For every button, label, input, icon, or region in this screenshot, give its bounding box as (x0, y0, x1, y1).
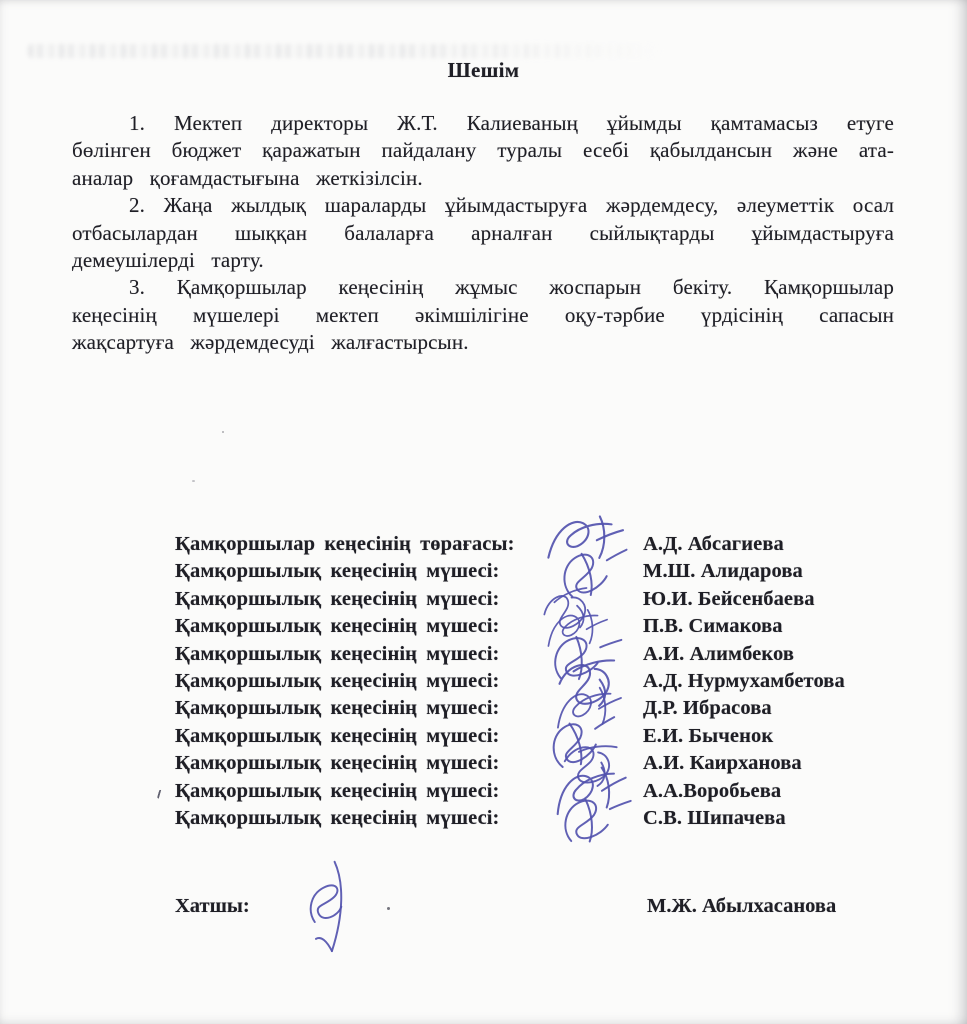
signatory-list: Қамқоршылар кеңесінің төрағасы: (175, 533, 915, 834)
signatory-name: С.В. Шипачева (643, 807, 786, 830)
signatory-row: Қамқоршылық кеңесінің мүшесі: (175, 670, 915, 697)
secretary-label: Хатшы: (175, 895, 250, 918)
signatory-name: Ю.И. Бейсенбаева (643, 588, 815, 611)
signatory-role-label: Қамқоршылық кеңесінің мүшесі: (175, 807, 500, 830)
signatory-name: П.В. Симакова (643, 615, 783, 638)
signatory-role-label: Қамқоршылық кеңесінің мүшесі: (175, 588, 500, 611)
signatory-row: Қамқоршылар кеңесінің төрағасы: (175, 533, 915, 560)
signatory-name: А.Д. Абсагиева (643, 533, 784, 556)
decision-paragraphs: 1. Мектеп директоры Ж.Т. Калиеваның ұйым… (72, 110, 894, 357)
signatory-name: М.Ш. Алидарова (643, 560, 803, 583)
page-title: Шешім (0, 58, 967, 83)
signatory-name: Д.Р. Ибрасова (643, 697, 772, 720)
signatory-role-label: Қамқоршылық кеңесінің мүшесі: (175, 643, 500, 666)
signatory-role-label: Қамқоршылық кеңесінің мүшесі: (175, 780, 500, 803)
signatory-row: Қамқоршылық кеңесінің мүшесі: (175, 697, 915, 724)
signatory-name: А.И. Алимбеков (643, 643, 794, 666)
signatory-role-label: Қамқоршылық кеңесінің мүшесі: (175, 670, 500, 693)
scan-speck (222, 431, 224, 433)
signatory-name: А.И. Каирханова (643, 752, 802, 775)
bleed-through-artifact (28, 44, 660, 58)
stray-pen-mark (157, 789, 164, 799)
decision-paragraph: 3. Қамқоршылар кеңесінің жұмыс жоспарын … (72, 274, 894, 356)
signatory-role-label: Қамқоршылық кеңесінің мүшесі: (175, 752, 500, 775)
signatory-role-label: Қамқоршылар кеңесінің төрағасы: (175, 533, 515, 556)
signatory-role-label: Қамқоршылық кеңесінің мүшесі: (175, 560, 500, 583)
decision-paragraph: 1. Мектеп директоры Ж.Т. Калиеваның ұйым… (72, 110, 894, 192)
secretary-signature-ink-icon (287, 857, 367, 955)
signatory-row: Қамқоршылық кеңесінің мүшесі: (175, 588, 915, 615)
secretary-name: М.Ж. Абылхасанова (647, 895, 836, 918)
signatory-row: Қамқоршылық кеңесінің мүшесі: (175, 615, 915, 642)
stray-ink-dot (387, 907, 390, 910)
signatory-name: А.А.Воробьева (643, 780, 781, 803)
signatory-role-label: Қамқоршылық кеңесінің мүшесі: (175, 697, 500, 720)
signatory-row: Қамқоршылық кеңесінің мүшесі: (175, 643, 915, 670)
scan-speck (192, 480, 195, 482)
signatory-row: Қамқоршылық кеңесінің мүшесі: (175, 560, 915, 587)
signatory-row: Қамқоршылық кеңесінің мүшесі: (175, 780, 915, 807)
signatory-row: Қамқоршылық кеңесінің мүшесі: (175, 752, 915, 779)
signatory-role-label: Қамқоршылық кеңесінің мүшесі: (175, 725, 500, 748)
decision-paragraph: 2. Жаңа жылдық шараларды ұйымдастыруға ж… (72, 192, 894, 274)
secretary-row: Хатшы: М.Ж. Абылхасанова (175, 895, 915, 925)
signatory-name: Е.И. Быченок (643, 725, 773, 748)
signatory-role-label: Қамқоршылық кеңесінің мүшесі: (175, 615, 500, 638)
signatory-name: А.Д. Нурмухамбетова (643, 670, 845, 693)
signatory-row: Қамқоршылық кеңесінің мүшесі: (175, 725, 915, 752)
scanned-document-page: Шешім 1. Мектеп директоры Ж.Т. Калиеваны… (0, 0, 967, 1024)
signatory-row: Қамқоршылық кеңесінің мүшесі: (175, 807, 915, 834)
